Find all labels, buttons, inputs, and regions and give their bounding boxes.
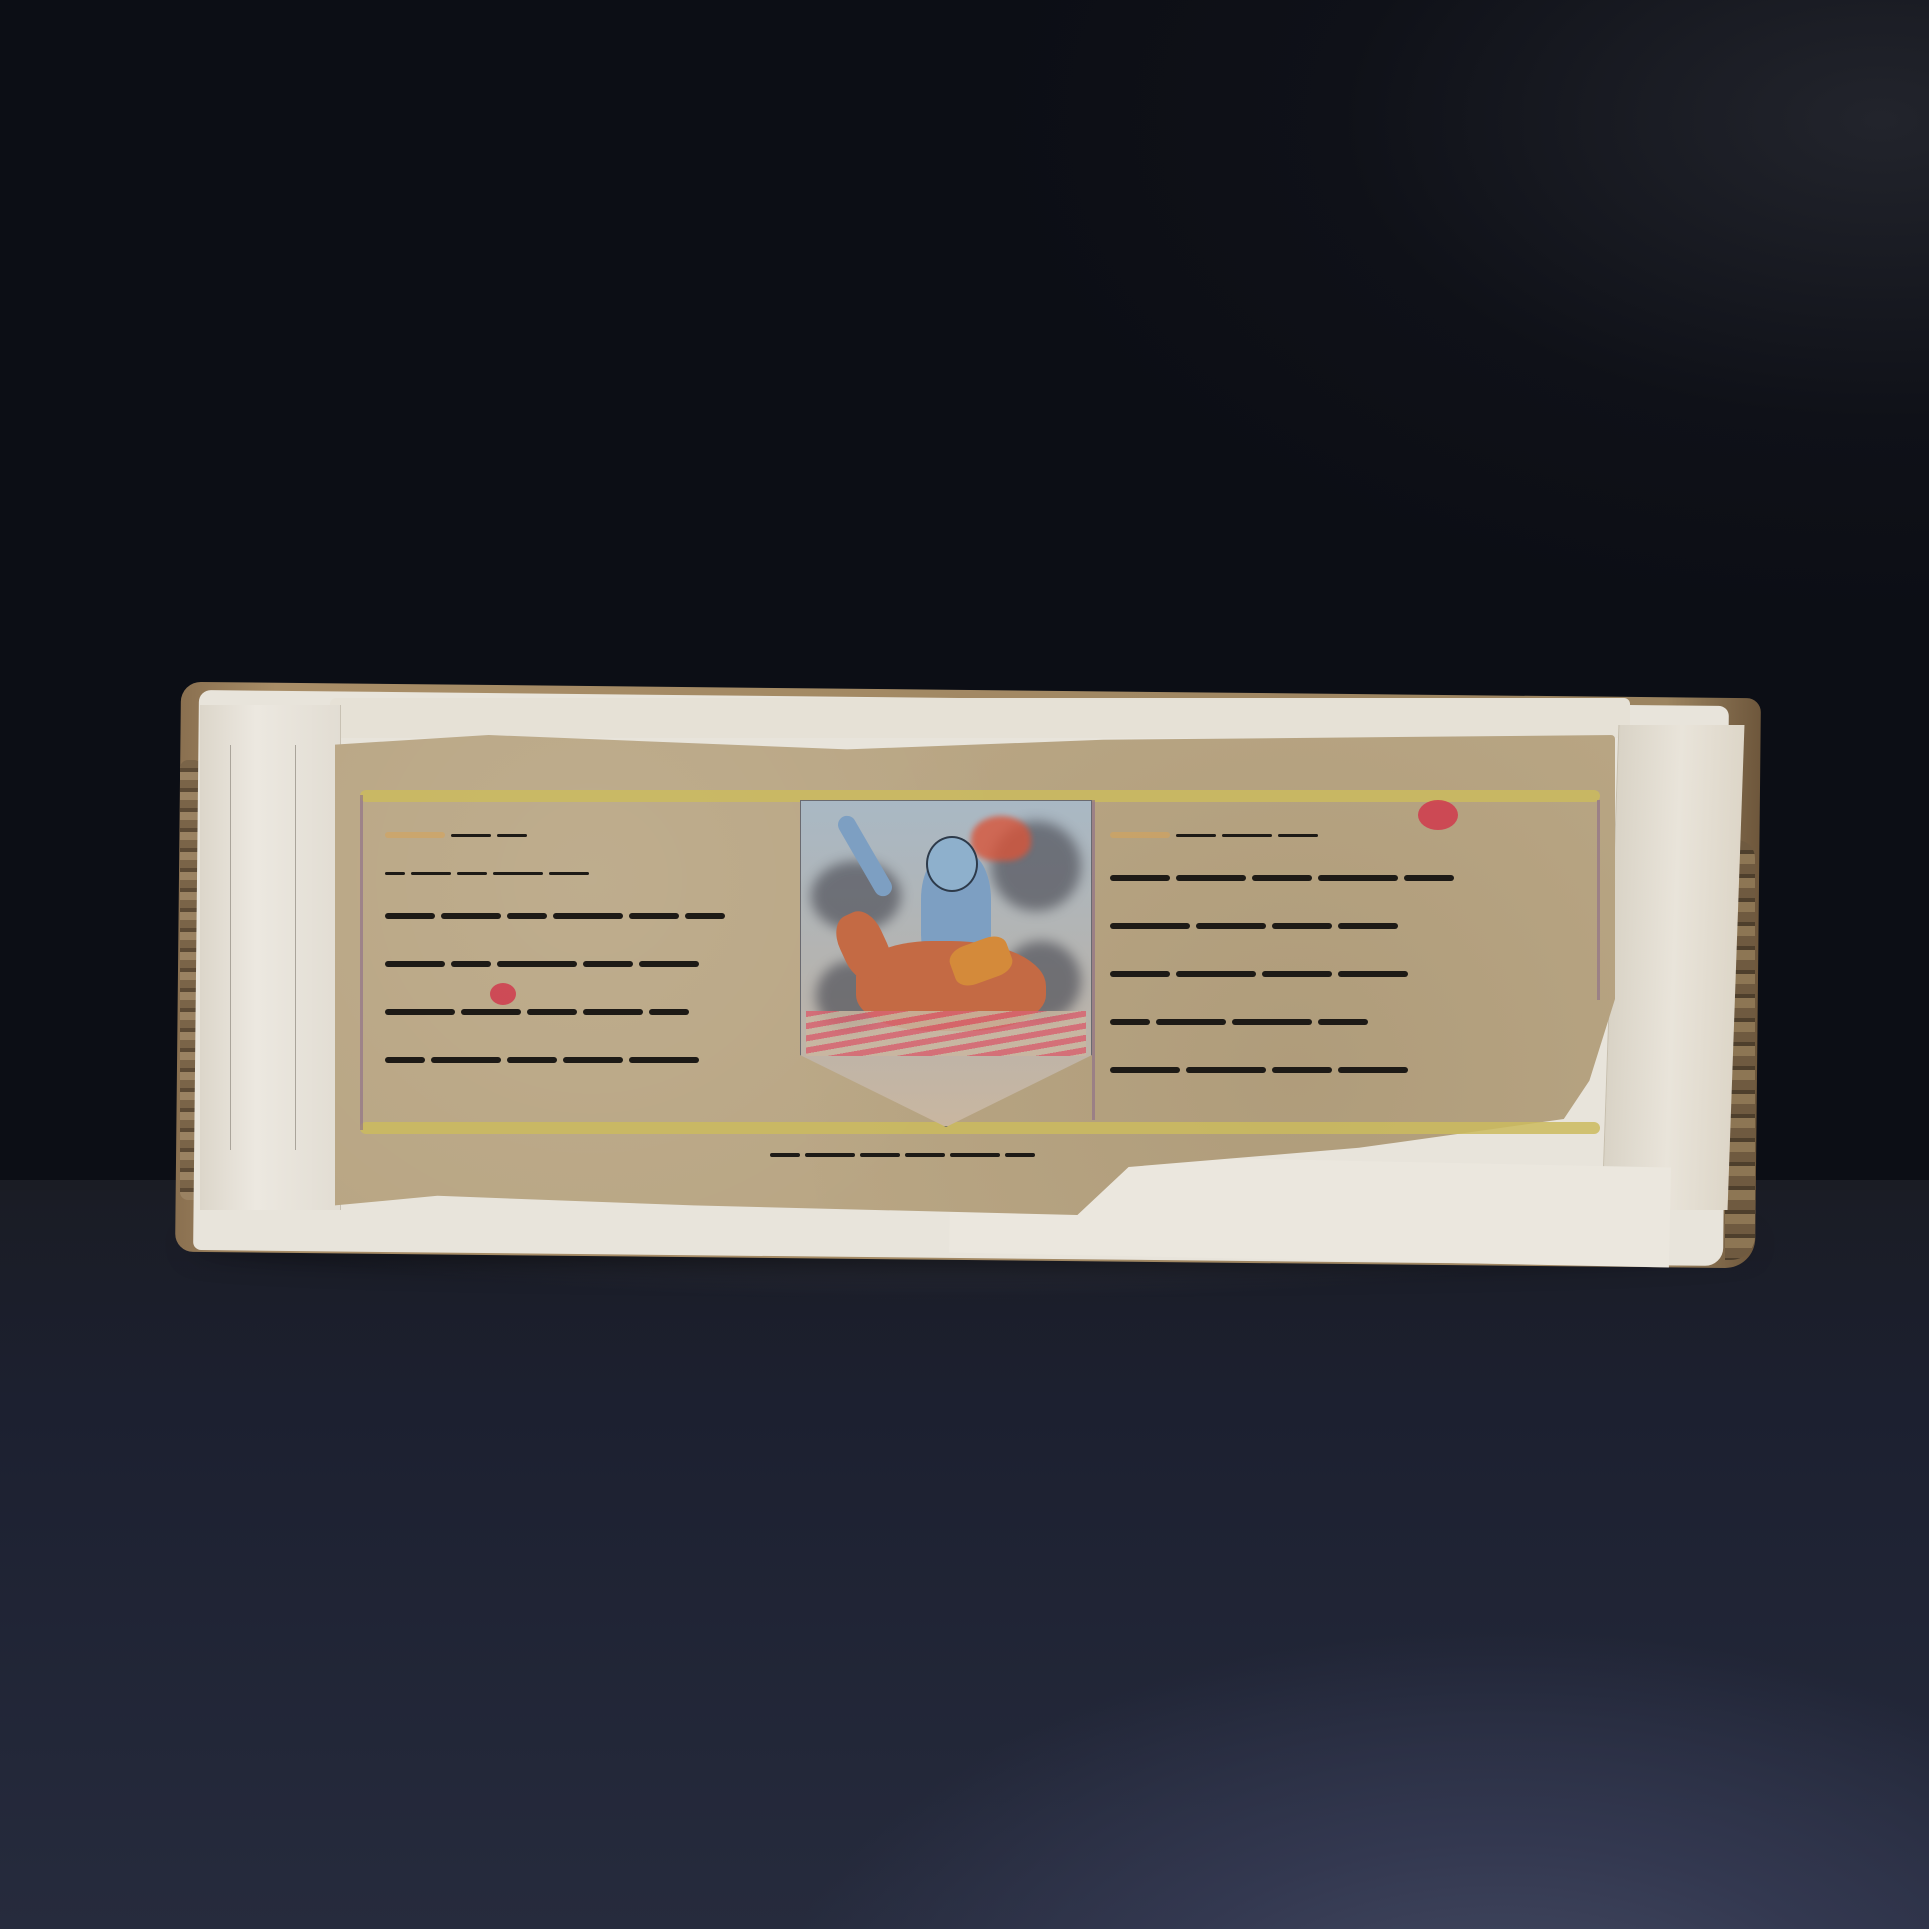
ink-glyph-run [805,1153,855,1157]
frame-line-left [360,795,363,1130]
script-line [1110,906,1600,946]
ink-glyph-run [629,1057,699,1063]
ink-glyph-run [549,872,589,875]
ink-glyph-run [950,1153,1000,1157]
ink-glyph-run [905,1153,945,1157]
ink-glyph-run [451,834,491,837]
ink-glyph-run [497,834,527,837]
ink-glyph-run [1338,971,1408,977]
frame-band-bottom [360,1122,1600,1134]
script-line [1110,858,1600,898]
ink-glyph-run [507,913,547,919]
ink-glyph-run [1278,834,1318,837]
ink-glyph-run [1110,923,1190,929]
red-ink-mark [490,983,516,1005]
ink-glyph-run [493,872,543,875]
ink-glyph-run [1110,1067,1180,1073]
ink-glyph-run [770,1153,800,1157]
ink-glyph-run [1176,971,1256,977]
script-line [1110,954,1600,994]
script-line [385,944,760,984]
deity-head [926,836,978,892]
script-line [385,1040,760,1080]
ink-glyph-run [1232,1019,1312,1025]
orange-ruling [385,832,445,838]
ink-glyph-run [431,1057,501,1063]
ink-glyph-run [860,1153,900,1157]
right-paper-flap [1602,725,1745,1210]
script-line [385,858,760,888]
flame [971,816,1031,861]
script-line [1110,820,1600,850]
ink-glyph-run [385,872,405,875]
ink-glyph-run [527,1009,577,1015]
ink-glyph-run [385,1057,425,1063]
ink-glyph-run [1262,971,1332,977]
ink-glyph-run [385,961,445,967]
frame-line-right-of-image [1092,800,1095,1120]
ruled-line [295,745,296,1150]
ink-glyph-run [553,913,623,919]
ink-glyph-run [457,872,487,875]
ink-glyph-run [583,1009,643,1015]
ink-glyph-run [1318,1019,1368,1025]
left-paper-flap [200,705,341,1210]
ink-glyph-run [411,872,451,875]
ink-glyph-run [583,961,633,967]
illustration-caption [770,1140,1070,1170]
ink-glyph-run [1110,971,1170,977]
ink-glyph-run [1404,875,1454,881]
script-line [1110,1002,1600,1042]
ink-glyph-run [1186,1067,1266,1073]
ink-glyph-run [1005,1153,1035,1157]
ink-glyph-run [639,961,699,967]
script-line [385,992,760,1032]
ink-glyph-run [507,1057,557,1063]
ink-glyph-run [1318,875,1398,881]
ink-glyph-run [461,1009,521,1015]
ink-glyph-run [1338,923,1398,929]
ink-glyph-run [385,913,435,919]
script-line [385,896,760,936]
ink-glyph-run [629,913,679,919]
ink-glyph-run [1176,875,1246,881]
ink-glyph-run [441,913,501,919]
torn-top-edge [330,698,1630,738]
orange-ruling [1110,832,1170,838]
ink-glyph-run [1110,875,1170,881]
ink-glyph-run [649,1009,689,1015]
red-ink-mark [1418,800,1458,830]
ink-glyph-run [1272,923,1332,929]
ink-glyph-run [1110,1019,1150,1025]
ink-glyph-run [1252,875,1312,881]
ink-glyph-run [563,1057,623,1063]
script-line [385,820,760,850]
red-waves [806,1011,1086,1056]
ink-glyph-run [1272,1067,1332,1073]
ink-glyph-run [1156,1019,1226,1025]
ink-glyph-run [385,1009,455,1015]
ink-glyph-run [1338,1067,1408,1073]
ink-glyph-run [1176,834,1216,837]
ink-glyph-run [1222,834,1272,837]
ink-glyph-run [685,913,725,919]
ink-glyph-run [1196,923,1266,929]
ruled-line [230,745,231,1150]
right-text-panel [1110,820,1600,1098]
ink-glyph-run [451,961,491,967]
script-line [1110,1050,1600,1090]
ink-glyph-run [497,961,577,967]
left-text-panel [385,820,760,1088]
